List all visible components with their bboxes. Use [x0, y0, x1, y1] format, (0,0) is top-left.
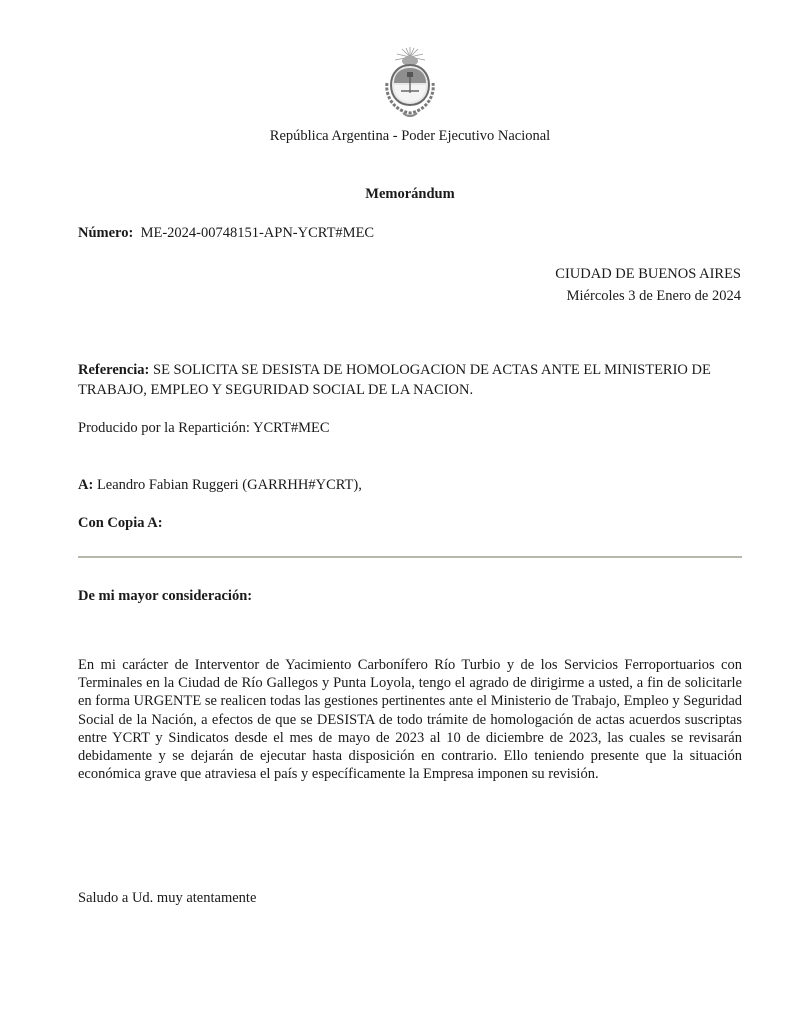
greeting: De mi mayor consideración: [78, 587, 252, 605]
date: Miércoles 3 de Enero de 2024 [567, 287, 741, 305]
cc-label: Con Copia A: [78, 514, 163, 532]
referencia-label: Referencia: [78, 362, 149, 378]
coat-of-arms-icon [383, 45, 437, 125]
institution-header: República Argentina - Poder Ejecutivo Na… [0, 128, 791, 145]
to-value: Leandro Fabian Ruggeri (GARRHH#YCRT), [97, 477, 362, 493]
document-number: Número: ME-2024-00748151-APN-YCRT#MEC [78, 224, 374, 242]
referencia-value: SE SOLICITA SE DESISTA DE HOMOLOGACION D… [78, 362, 711, 398]
body-paragraph: En mi carácter de Interventor de Yacimie… [78, 656, 742, 783]
numero-value: ME-2024-00748151-APN-YCRT#MEC [141, 225, 375, 241]
city: CIUDAD DE BUENOS AIRES [555, 265, 741, 283]
divider [78, 556, 742, 558]
to-label: A: [78, 477, 93, 493]
recipient: A: Leandro Fabian Ruggeri (GARRHH#YCRT), [78, 476, 362, 494]
document-title: Memorándum [0, 185, 791, 203]
produced-by: Producido por la Repartición: YCRT#MEC [78, 419, 330, 437]
reference: Referencia: SE SOLICITA SE DESISTA DE HO… [78, 361, 742, 400]
closing: Saludo a Ud. muy atentamente [78, 889, 256, 907]
numero-label: Número: [78, 225, 133, 241]
